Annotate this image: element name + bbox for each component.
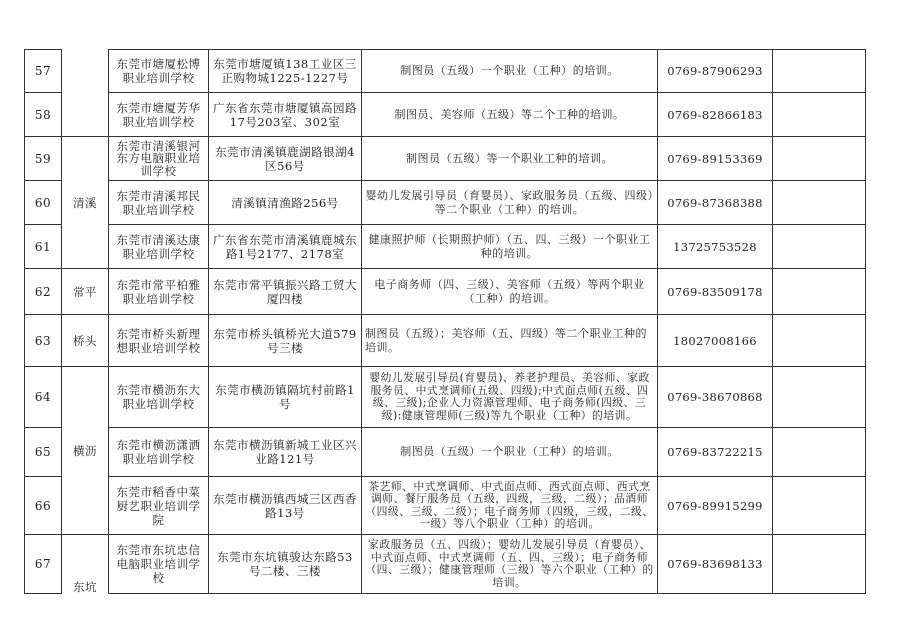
remark-cell — [773, 269, 866, 315]
training-courses: 茶艺师、中式烹调师、中式面点师、西式面点师、西式烹调师、餐厅服务员（五级，四级，… — [362, 477, 658, 535]
school-name: 东莞市东坑忠信电脑职业培训学校 — [109, 535, 209, 594]
table-row: 57 东莞市塘厦松博职业培训学校 东莞市塘厦镇138工业区三正购物城1225-1… — [25, 50, 866, 93]
table-row: 61 东莞市清溪达康职业培训学校 广东省东莞市清溪镇鹿城东路1号2177、217… — [25, 225, 866, 269]
phone-number: 18027008166 — [658, 315, 773, 367]
remark-cell — [773, 225, 866, 269]
town-cell: 桥头 — [62, 315, 109, 367]
school-address: 东莞市横沥镇隔坑村前路1号 — [209, 367, 362, 428]
school-address: 东莞市横沥镇西城三区西香路13号 — [209, 477, 362, 535]
phone-number: 0769-87368388 — [658, 181, 773, 225]
school-name: 东莞市清溪银河东方电脑职业培训学校 — [109, 137, 209, 181]
row-number: 63 — [25, 315, 62, 367]
remark-cell — [773, 137, 866, 181]
table-row: 64 横沥 东莞市横沥东大职业培训学校 东莞市横沥镇隔坑村前路1号 婴幼儿发展引… — [25, 367, 866, 428]
phone-number: 0769-38670868 — [658, 367, 773, 428]
school-address: 东莞市横沥镇新城工业区兴业路121号 — [209, 428, 362, 477]
phone-number: 0769-83509178 — [658, 269, 773, 315]
phone-number: 0769-83722215 — [658, 428, 773, 477]
remark-cell — [773, 93, 866, 137]
remark-cell — [773, 181, 866, 225]
school-address: 东莞市桥头镇桥光大道579号三楼 — [209, 315, 362, 367]
school-name: 东莞市横沥东大职业培训学校 — [109, 367, 209, 428]
school-address: 广东省东莞市清溪镇鹿城东路1号2177、2178室 — [209, 225, 362, 269]
school-address: 东莞市常平镇振兴路工贸大厦四楼 — [209, 269, 362, 315]
training-courses: 制图员、美容师（五级）等二个工种的培训。 — [362, 93, 658, 137]
school-name: 东莞市清溪邦民职业培训学校 — [109, 181, 209, 225]
phone-number: 13725753528 — [658, 225, 773, 269]
table-row: 59 清溪 东莞市清溪银河东方电脑职业培训学校 东莞市清溪镇鹿湖路银湖4区56号… — [25, 137, 866, 181]
phone-number: 0769-89153369 — [658, 137, 773, 181]
table-row: 60 东莞市清溪邦民职业培训学校 清溪镇清渔路256号 婴幼儿发展引导员（育婴员… — [25, 181, 866, 225]
town-cell: 清溪 — [62, 137, 109, 269]
school-name: 东莞市塘厦松博职业培训学校 — [109, 50, 209, 93]
row-number: 62 — [25, 269, 62, 315]
school-name: 东莞市清溪达康职业培训学校 — [109, 225, 209, 269]
training-courses: 健康照护师（长期照护师）（五、四、三级）一个职业工种的培训。 — [362, 225, 658, 269]
school-address: 东莞市东坑镇骏达东路53号二楼、三楼 — [209, 535, 362, 594]
training-courses: 婴幼儿发展引导员(育婴员)、养老护理员、美容师、家政服务员、中式烹调师(五级、四… — [362, 367, 658, 428]
row-number: 65 — [25, 428, 62, 477]
remark-cell — [773, 535, 866, 594]
school-address: 广东省东莞市塘厦镇高园路17号203室、302室 — [209, 93, 362, 137]
table-row: 67 东坑 东莞市东坑忠信电脑职业培训学校 东莞市东坑镇骏达东路53号二楼、三楼… — [25, 535, 866, 594]
remark-cell — [773, 50, 866, 93]
phone-number: 0769-82866183 — [658, 93, 773, 137]
school-name: 东莞市横沥潇洒职业培训学校 — [109, 428, 209, 477]
training-courses: 家政服务员（五、四级）；婴幼儿发展引导员（育婴员）、中式面点师、中式烹调师（五、… — [362, 535, 658, 594]
phone-number: 0769-87906293 — [658, 50, 773, 93]
row-number: 60 — [25, 181, 62, 225]
training-courses: 制图员（五级）一个职业（工种）的培训。 — [362, 428, 658, 477]
table-row: 58 东莞市塘厦芳华职业培训学校 广东省东莞市塘厦镇高园路17号203室、302… — [25, 93, 866, 137]
town-cell: 东坑 — [62, 535, 109, 594]
table-row: 62 常平 东莞市常平柏雅职业培训学校 东莞市常平镇振兴路工贸大厦四楼 电子商务… — [25, 269, 866, 315]
remark-cell — [773, 477, 866, 535]
phone-number: 0769-83698133 — [658, 535, 773, 594]
school-name: 东莞市稻香中菜厨艺职业培训学院 — [109, 477, 209, 535]
training-courses: 制图员（五级）；美容师（五、四级）等二个职业工种的培训。 — [362, 315, 658, 367]
row-number: 58 — [25, 93, 62, 137]
training-courses: 电子商务师（四、三级）、美容师（五级）等两个职业（工种）的培训。 — [362, 269, 658, 315]
town-cell: 横沥 — [62, 367, 109, 535]
town-cell — [62, 93, 109, 137]
row-number: 59 — [25, 137, 62, 181]
school-name: 东莞市常平柏雅职业培训学校 — [109, 269, 209, 315]
remark-cell — [773, 315, 866, 367]
school-address: 清溪镇清渔路256号 — [209, 181, 362, 225]
training-schools-table: 57 东莞市塘厦松博职业培训学校 东莞市塘厦镇138工业区三正购物城1225-1… — [24, 49, 866, 594]
school-name: 东莞市塘厦芳华职业培训学校 — [109, 93, 209, 137]
town-cell: 常平 — [62, 269, 109, 315]
school-address: 东莞市塘厦镇138工业区三正购物城1225-1227号 — [209, 50, 362, 93]
training-courses: 婴幼儿发展引导员（育婴员）、家政服务员（五级、四级）等二个职业（工种）的培训。 — [362, 181, 658, 225]
table-row: 65 东莞市横沥潇洒职业培训学校 东莞市横沥镇新城工业区兴业路121号 制图员（… — [25, 428, 866, 477]
row-number: 57 — [25, 50, 62, 93]
table-row: 63 桥头 东莞市桥头新理想职业培训学校 东莞市桥头镇桥光大道579号三楼 制图… — [25, 315, 866, 367]
school-address: 东莞市清溪镇鹿湖路银湖4区56号 — [209, 137, 362, 181]
row-number: 66 — [25, 477, 62, 535]
phone-number: 0769-89915299 — [658, 477, 773, 535]
school-name: 东莞市桥头新理想职业培训学校 — [109, 315, 209, 367]
row-number: 67 — [25, 535, 62, 594]
row-number: 64 — [25, 367, 62, 428]
remark-cell — [773, 367, 866, 428]
training-courses: 制图员（五级）一个职业（工种）的培训。 — [362, 50, 658, 93]
remark-cell — [773, 428, 866, 477]
table-row: 66 东莞市稻香中菜厨艺职业培训学院 东莞市横沥镇西城三区西香路13号 茶艺师、… — [25, 477, 866, 535]
training-courses: 制图员（五级）等一个职业工种的培训。 — [362, 137, 658, 181]
town-cell — [62, 50, 109, 93]
row-number: 61 — [25, 225, 62, 269]
